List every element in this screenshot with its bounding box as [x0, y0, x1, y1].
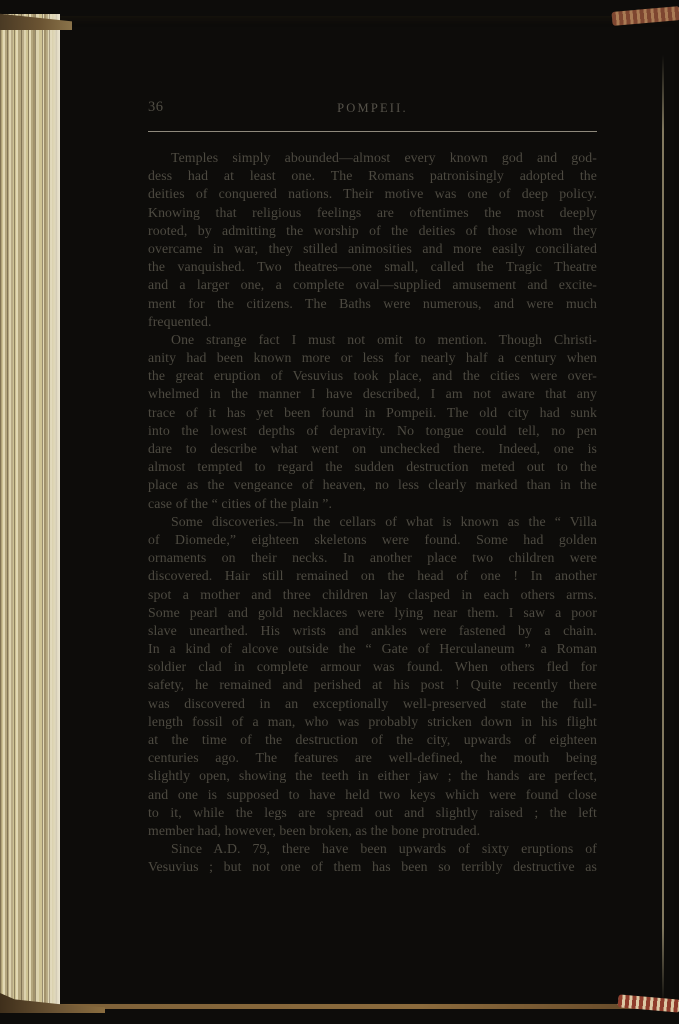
text-line: Knowing that religious feelings are ofte… [148, 204, 597, 222]
text-line: member had, however, been broken, as the… [148, 822, 597, 840]
text-line: safety, he remained and perished at his … [148, 676, 597, 694]
text-line: frequented. [148, 313, 597, 331]
text-line: In a kind of alcove outside the “ Gate o… [148, 640, 597, 658]
book-page: 36 POMPEII. Temples simply abounded—almo… [30, 16, 679, 1006]
text-line: slightly open, showing the teeth in eith… [148, 767, 597, 785]
text-line: Some discoveries.—In the cellars of what… [148, 513, 597, 531]
book-photo: 36 POMPEII. Temples simply abounded—almo… [0, 0, 679, 1024]
paragraph: One strange fact I must not omit to ment… [148, 331, 597, 513]
background-band-top [0, 0, 679, 16]
text-line: case of the “ cities of the plain ”. [148, 495, 597, 513]
text-line: length fossil of a man, who was probably… [148, 713, 597, 731]
text-line: discovered. Hair still remained on the h… [148, 567, 597, 585]
text-line: dess had at least one. The Romans patron… [148, 167, 597, 185]
page-header: 36 POMPEII. [148, 99, 597, 131]
text-line: trace of it has yet been found in Pompei… [148, 404, 597, 422]
text-line: almost tempted to regard the sudden dest… [148, 458, 597, 476]
text-line: overcame in war, they stilled animositie… [148, 240, 597, 258]
page-crease [662, 55, 664, 1003]
header-rule [148, 131, 597, 132]
text-line: anity had been known more or less for ne… [148, 349, 597, 367]
text-line: Some pearl and gold necklaces were lying… [148, 604, 597, 622]
text-line: slave unearthed. His wrists and ankles w… [148, 622, 597, 640]
running-header: POMPEII. [148, 101, 597, 116]
text-line: the great eruption of Vesuvius took plac… [148, 367, 597, 385]
paragraph: Temples simply abounded—almost every kno… [148, 149, 597, 331]
text-line: the vanquished. Two theatres—one small, … [148, 258, 597, 276]
text-line: Temples simply abounded—almost every kno… [148, 149, 597, 167]
text-line: dare to describe what went on unchecked … [148, 440, 597, 458]
text-line: soldier clad in complete armour was foun… [148, 658, 597, 676]
text-line: ment for the citizens. The Baths were nu… [148, 295, 597, 313]
text-line: rooted, by admitting the worship of the … [148, 222, 597, 240]
text-line: centuries ago. The features are well-def… [148, 749, 597, 767]
text-line: to it, while the legs are spread out and… [148, 804, 597, 822]
text-line: Since A.D. 79, there have been upwards o… [148, 840, 597, 858]
paragraph: Since A.D. 79, there have been upwards o… [148, 840, 597, 876]
text-line: Vesuvius ; but not one of them has been … [148, 858, 597, 876]
text-line: place as the vengeance of heaven, no les… [148, 476, 597, 494]
text-line: ornaments on their necks. In another pla… [148, 549, 597, 567]
page-content: 36 POMPEII. Temples simply abounded—almo… [148, 99, 597, 877]
text-line: and one is supposed to have held two key… [148, 786, 597, 804]
text-line: deities of conquered nations. Their moti… [148, 185, 597, 203]
text-line: was discovered in an exceptionally well-… [148, 695, 597, 713]
text-block: Temples simply abounded—almost every kno… [148, 149, 597, 877]
text-line: spot a mother and three children lay cla… [148, 586, 597, 604]
text-line: of Diomede,” eighteen skeletons were fou… [148, 531, 597, 549]
text-line: at the time of the destruction of the ci… [148, 731, 597, 749]
text-line: into the lowest depths of depravity. No … [148, 422, 597, 440]
page-edges-left [0, 14, 60, 1010]
text-line: and a larger one, a complete oval—suppli… [148, 276, 597, 294]
text-line: whelmed in the manner I have described, … [148, 385, 597, 403]
paragraph: Some discoveries.—In the cellars of what… [148, 513, 597, 840]
text-line: One strange fact I must not omit to ment… [148, 331, 597, 349]
